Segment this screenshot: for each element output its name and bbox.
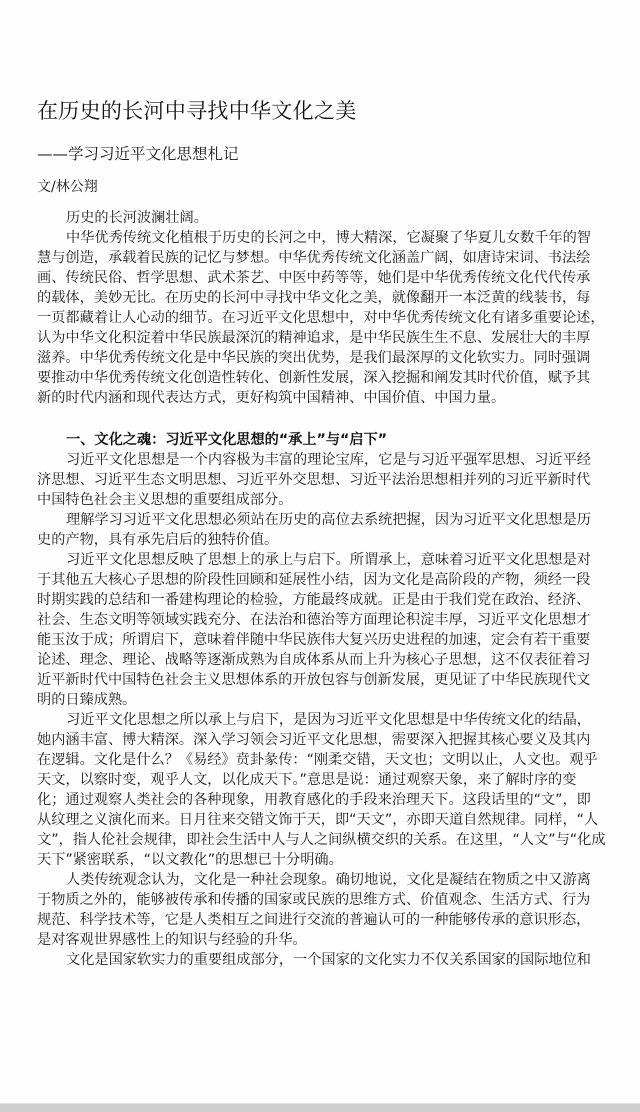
text-line: 人类传统观念认为，文化是一种社会现象。确切地说，文化是凝结在物质之中又游离 [37, 870, 597, 890]
section1-paragraph-6: 文化是国家软实力的重要组成部分，一个国家的文化实力不仅关系国家的国际地位和 [37, 950, 597, 970]
text-line: 从纹理之义演化而来。日月往来交错文饰于天，即“天文”，亦即天道自然规律。同样，“… [37, 810, 597, 830]
article-body: 历史的长河波澜壮阔。 中华优秀传统文化植根于历史的长河之中，博大精深，它凝聚了华… [37, 208, 597, 970]
intro-paragraph-2: 中华优秀传统文化植根于历史的长河之中，博大精深，它凝聚了华夏儿女数千年的智 慧与… [37, 228, 597, 408]
text-line: 天下”紧密联系，“以文教化”的思想已十分明确。 [37, 850, 597, 870]
text-line: 在逻辑。文化是什么？《易经》贲卦彖传：“刚柔交错，天文也；文明以止，人文也。观乎 [37, 750, 597, 770]
text-line: 社会、生态文明等领域实践充分、在法治和德治等方面理论积淀丰厚，习近平文化思想才 [37, 610, 597, 630]
text-line: 习近平文化思想反映了思想上的承上与启下。所谓承上，意味着习近平文化思想是对 [37, 550, 597, 570]
section1-paragraph-4: 习近平文化思想之所以承上与启下，是因为习近平文化思想是中华传统文化的结晶， 她内… [37, 710, 597, 870]
section1-paragraph-3: 习近平文化思想反映了思想上的承上与启下。所谓承上，意味着习近平文化思想是对 于其… [37, 550, 597, 710]
article-byline: 文/林公翔 [37, 177, 98, 197]
text-line: 论述、理念、理论、战略等逐渐成熟为自成体系从而上升为核心子思想，这不仅表征着习 [37, 650, 597, 670]
section1-paragraph-5: 人类传统观念认为，文化是一种社会现象。确切地说，文化是凝结在物质之中又游离 于物… [37, 870, 597, 950]
bottom-scroll-edge [0, 1103, 640, 1112]
section1-paragraph-1: 习近平文化思想是一个内容极为丰富的理论宝库，它是与习近平强军思想、习近平经 济思… [37, 450, 597, 510]
text-line: 新的时代内涵和现代表达方式，更好构筑中国精神、中国价值、中国力量。 [37, 388, 597, 408]
text-line: 是对客观世界感性上的知识与经验的升华。 [37, 930, 597, 950]
section-spacer [37, 408, 597, 430]
intro-paragraph-1: 历史的长河波澜壮阔。 [37, 208, 597, 228]
text-line: 她内涵丰富、博大精深。深入学习领会习近平文化思想，需要深入把握其核心要义及其内 [37, 730, 597, 750]
text-line: 于物质之外的，能够被传承和传播的国家或民族的思维方式、价值观念、生活方式、行为 [37, 890, 597, 910]
text-line: 明的日臻成熟。 [37, 690, 597, 710]
section1-paragraph-2: 理解学习习近平文化思想必须站在历史的高位去系统把握，因为习近平文化思想是历 史的… [37, 510, 597, 550]
text-line: 一页都藏着让人心动的细节。在习近平文化思想中，对中华优秀传统文化有诸多重要论述， [37, 308, 597, 328]
text-line: 文”，指人伦社会规律，即社会生活中人与人之间纵横交织的关系。在这里，“人文”与“… [37, 830, 597, 850]
text-line: 的载体，美妙无比。在历史的长河中寻找中华文化之美，就像翻开一本泛黄的线装书，每 [37, 288, 597, 308]
text-line: 理解学习习近平文化思想必须站在历史的高位去系统把握，因为习近平文化思想是历 [37, 510, 597, 530]
text-line: 化；通过观察人类社会的各种现象，用教育感化的手段来治理天下。这段话里的“文”，即 [37, 790, 597, 810]
text-line: 文化是国家软实力的重要组成部分，一个国家的文化实力不仅关系国家的国际地位和 [37, 950, 597, 970]
text-line: 习近平文化思想之所以承上与启下，是因为习近平文化思想是中华传统文化的结晶， [37, 710, 597, 730]
document-page: 在历史的长河中寻找中华文化之美 ——学习习近平文化思想札记 文/林公翔 历史的长… [0, 0, 640, 1103]
text-line: 济思想、习近平生态文明思想、习近平外交思想、习近平法治思想相并列的习近平新时代 [37, 470, 597, 490]
text-line: 历史的长河波澜壮阔。 [37, 208, 597, 228]
section-heading-1: 一、文化之魂：习近平文化思想的“承上”与“启下” [37, 430, 597, 450]
article-title: 在历史的长河中寻找中华文化之美 [37, 97, 357, 125]
text-line: 滋养。中华优秀传统文化是中华民族的突出优势，是我们最深厚的文化软实力。同时强调 [37, 348, 597, 368]
text-line: 中国特色社会主义思想的重要组成部分。 [37, 490, 597, 510]
text-line: 于其他五大核心子思想的阶段性回顾和延展性小结，因为文化是高阶段的产物，须经一段 [37, 570, 597, 590]
text-line: 画、传统民俗、哲学思想、武术茶艺、中医中药等等，她们是中华优秀传统文化代代传承 [37, 268, 597, 288]
text-line: 慧与创造，承载着民族的记忆与梦想。中华优秀传统文化涵盖广阔，如唐诗宋词、书法绘 [37, 248, 597, 268]
text-line: 认为中华文化积淀着中华民族最深沉的精神追求，是中华民族生生不息、发展壮大的丰厚 [37, 328, 597, 348]
text-line: 天文，以察时变，观乎人文，以化成天下。”意思是说：通过观察天象，来了解时序的变 [37, 770, 597, 790]
text-line: 史的产物，具有承先启后的独特价值。 [37, 530, 597, 550]
text-line: 习近平文化思想是一个内容极为丰富的理论宝库，它是与习近平强军思想、习近平经 [37, 450, 597, 470]
article-subtitle: ——学习习近平文化思想札记 [37, 143, 239, 165]
text-line: 规范、科学技术等，它是人类相互之间进行交流的普遍认可的一种能够传承的意识形态， [37, 910, 597, 930]
text-line: 近平新时代中国特色社会主义思想体系的开放包容与创新发展，更见证了中华民族现代文 [37, 670, 597, 690]
text-line: 要推动中华优秀传统文化创造性转化、创新性发展，深入挖掘和阐发其时代价值，赋予其 [37, 368, 597, 388]
text-line: 能玉汝于成；所谓启下，意味着伴随中华民族伟大复兴历史进程的加速，定会有若干重要 [37, 630, 597, 650]
text-line: 中华优秀传统文化植根于历史的长河之中，博大精深，它凝聚了华夏儿女数千年的智 [37, 228, 597, 248]
text-line: 时期实践的总结和一番建构理论的检验，方能最终成就。正是由于我们党在政治、经济、 [37, 590, 597, 610]
